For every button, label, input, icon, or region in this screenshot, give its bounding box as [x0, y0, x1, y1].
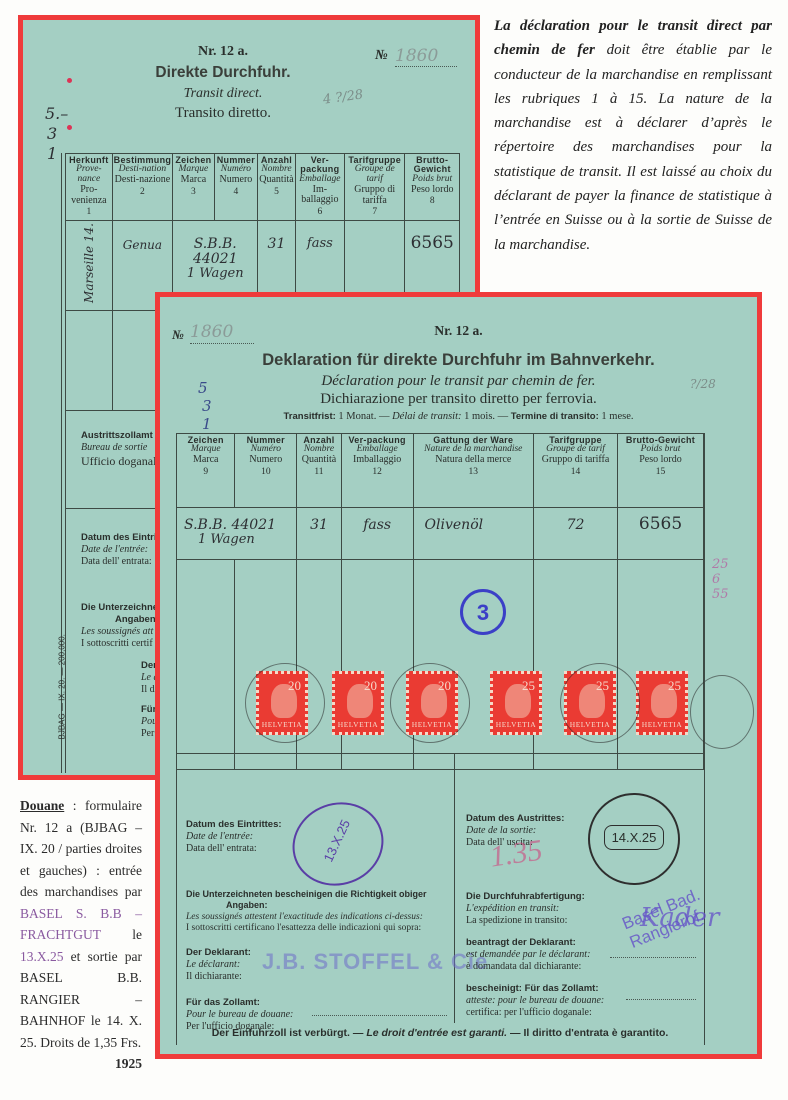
front-col-header-14: TarifgruppeGroupe de tarifGruppo di tari… — [534, 434, 618, 508]
cell-quantity: 31 — [297, 508, 342, 560]
back-col-header-5: AnzahlNombreQuantità5 — [258, 154, 295, 221]
front-col-header-11: AnzahlNombreQuantità11 — [297, 434, 342, 508]
import-duty-guarantee: Der Einfuhrzoll ist verbürgt. — Le droit… — [170, 1027, 710, 1039]
front-form-no-value: 1860 — [190, 322, 233, 342]
cancellation-postmark — [245, 663, 325, 743]
caption: Douane : formulaire Nr. 12 a (BJBAG – IX… — [20, 795, 142, 1075]
front-margin-note-3: 1 — [202, 415, 212, 433]
punch-hole — [67, 78, 72, 83]
pencil-tally: 25655 — [712, 557, 729, 602]
description-body: doit être établie par le conducteur de l… — [494, 42, 772, 252]
back-form-title-it: Transito diretto. — [23, 105, 423, 122]
blue-customs-stamp: 3 — [460, 589, 506, 635]
cell-packing: fass — [341, 508, 413, 560]
back-col-header-7: TarifgruppeGroupe de tarifGruppo di tari… — [345, 154, 405, 221]
front-form-sheet: Nr. 12 a. № 1860 Deklaration für direkte… — [155, 292, 762, 1059]
front-margin-note-1: 5 — [198, 379, 208, 397]
front-form-pencil-note: ?/28 — [690, 377, 716, 391]
front-col-header-12: Ver-packungEmballageImballaggio12 — [341, 434, 413, 508]
caption-label: Douane — [20, 798, 64, 813]
back-col-header-1: HerkunftProve-nancePro-venienza1 — [66, 154, 113, 221]
back-col-header-6: Ver-packungEmballageIm-ballaggio6 — [295, 154, 344, 221]
front-col-header-15: Brutto-GewichtPoids brutPeso lordo15 — [618, 434, 704, 508]
back-form-no-label: № — [375, 48, 388, 64]
entry-date-field[interactable]: Datum des Eintrittes: Date de l'entrée: … — [186, 819, 282, 856]
back-printer-mark: BJBAG — IX. 20. — 200,000. — [58, 590, 67, 740]
back-exit-office: Austrittszollamt Bureau de sortie Uffici… — [81, 430, 162, 469]
cell-provenance: Marseille 14. — [66, 221, 113, 311]
cell-weight: 6565 — [618, 508, 704, 560]
certified-by-customs[interactable]: bescheinigt: Für das Zollamt: atteste: p… — [466, 983, 604, 1020]
front-margin-note-2: 3 — [202, 397, 212, 415]
transit-period-line: Transitfrist: 1 Monat. — Délai de transi… — [160, 411, 757, 422]
back-form-title-de: Direkte Durchfuhr. — [23, 64, 423, 82]
back-margin-note-1: 5.– — [45, 104, 68, 123]
back-form-no-value: 1860 — [395, 46, 438, 66]
postage-stamp: 20HELVETIA — [332, 671, 384, 735]
exit-postmark: 14.X.25 — [588, 793, 680, 885]
front-col-header-13: Gattung der WareNature de la marchandise… — [413, 434, 533, 508]
cell-tariff: 72 — [534, 508, 618, 560]
signers-attestation: Die Unterzeichneten bescheinigen die Ric… — [186, 889, 454, 935]
front-col-header-10: NummerNuméroNumero10 — [235, 434, 297, 508]
declarant-field[interactable]: Der Deklarant: Le déclarant: Il dichiara… — [186, 947, 251, 984]
back-margin-note-2: 3 — [47, 124, 57, 143]
front-form-title-de: Deklaration für direkte Durchfuhr im Bah… — [160, 351, 757, 370]
company-stamp: J.B. STOFFEL & Cie — [262, 949, 488, 975]
back-col-header-3: ZeichenMarqueMarca3 — [173, 154, 214, 221]
back-form-number: Nr. 12 a. — [23, 44, 423, 60]
cell-mark-number: S.B.B. 440211 Wagen — [177, 508, 297, 560]
front-form-title-fr: Déclaration pour le transit par chemin d… — [160, 373, 757, 390]
cancellation-postmark — [390, 663, 470, 743]
cancellation-postmark — [560, 663, 640, 743]
postage-stamp: 25HELVETIA — [636, 671, 688, 735]
entry-postmark: 13.X.25 — [281, 790, 395, 899]
requested-by-declarant[interactable]: beantragt der Deklarant: est demandée pa… — [466, 937, 590, 974]
transit-clearance: Die Durchfuhrabfertigung: L'expédition e… — [466, 891, 585, 928]
front-form-no-label: № — [172, 327, 184, 343]
punch-hole — [67, 125, 72, 130]
caption-year: 1925 — [115, 1053, 142, 1075]
red-pencil-fee: 1.35 — [488, 834, 545, 875]
front-form-number: Nr. 12 a. — [160, 323, 757, 339]
back-col-header-4: NummerNuméroNumero4 — [214, 154, 258, 221]
violet-signature: Kader — [640, 903, 719, 933]
front-form-title-it: Dichiarazione per transito diretto per f… — [160, 391, 757, 408]
description-text: La déclaration pour le transit direct pa… — [494, 14, 772, 257]
front-col-header-9: ZeichenMarqueMarca9 — [177, 434, 235, 508]
cell-goods: Olivenöl — [413, 508, 533, 560]
caption-entry-date: 13.X.25 — [20, 949, 64, 964]
postage-stamp: 25HELVETIA — [490, 671, 542, 735]
back-margin-note-3: 1 — [47, 144, 57, 163]
back-col-header-8: Brutto-GewichtPoids brutPeso lordo8 — [405, 154, 460, 221]
back-col-header-2: BestimmungDesti-nationDesti-nazione2 — [112, 154, 173, 221]
cancellation-postmark — [690, 675, 754, 749]
